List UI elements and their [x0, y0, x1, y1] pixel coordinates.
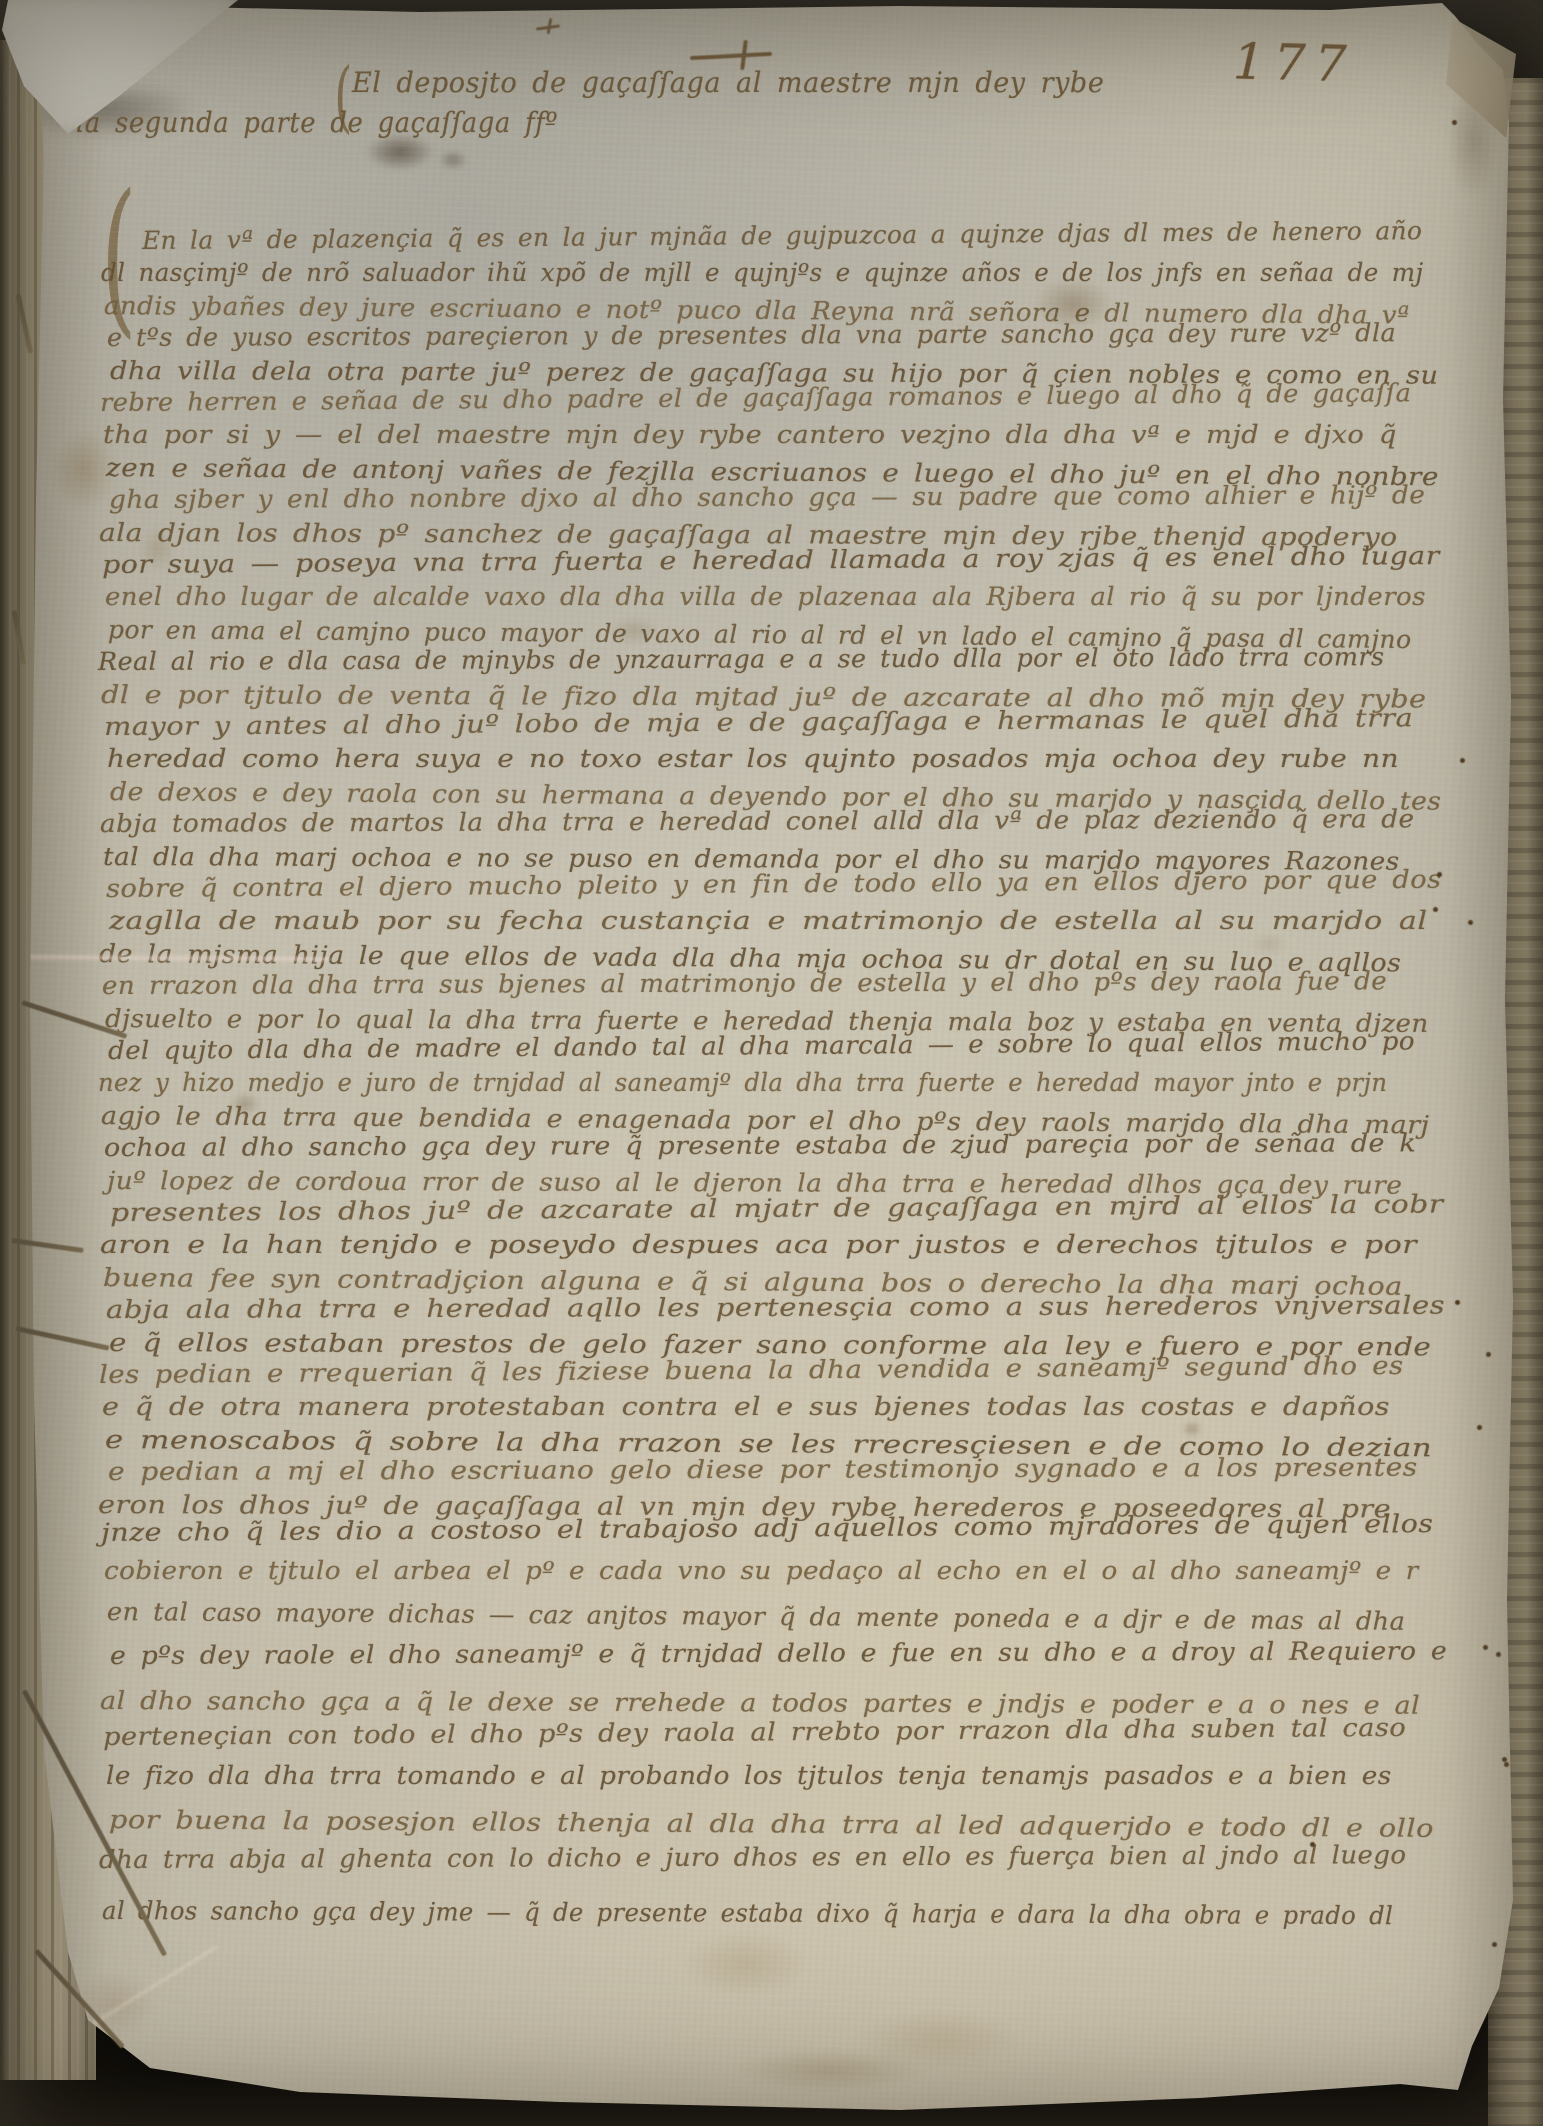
ink-stain: [598, 610, 670, 652]
ink-stain: [700, 2040, 960, 2100]
paper-crease: [72, 1945, 218, 2038]
manuscript-line: presentes los dhos juº de azcarate al mj…: [110, 1198, 1230, 1227]
manuscript-line: al dho sancho gça a q̃ le dexe se rrehed…: [100, 1686, 1319, 1715]
manuscript-line: gha sjber y enl dho nonbre djxo al dho s…: [109, 485, 1352, 514]
ink-stain: [828, 1998, 1053, 2080]
manuscript-line: ochoa al dho sancho gça dey rure q̃ pres…: [104, 1133, 1319, 1162]
ink-dot: [1483, 1645, 1488, 1650]
ink-stain: [38, 412, 130, 527]
manuscript-line: perteneçian con todo el dho pºs dey raol…: [103, 1722, 1298, 1751]
manuscript-line: dha trra abja al ghenta con lo dicho e j…: [99, 1845, 1356, 1874]
manuscript-photo: ( El deposjto de gaçaſſaga al maestre mj…: [0, 0, 1543, 2126]
manuscript-line: tha por si y — el del maestre mjn dey ry…: [103, 420, 1289, 449]
ink-dot: [1502, 1757, 1507, 1762]
ink-stain: [352, 126, 448, 178]
ink-dot: [1486, 1352, 1491, 1357]
header-line-2: la segunda parte de gaçaſſaga ffº: [76, 106, 599, 139]
manuscript-line: dl nasçimjº de nrõ saluador ihũ xpõ de m…: [101, 258, 1446, 287]
manuscript-line: e q̃ ellos estaban prestos de gelo fazer…: [109, 1328, 1234, 1357]
header-line-1: El deposjto de gaçaſſaga al maestre mjn …: [352, 66, 1132, 99]
manuscript-line: aron e la han tenjdo e poseydo despues a…: [100, 1230, 1199, 1259]
ink-stain: [1018, 268, 1128, 340]
manuscript-line: eron los dhos juº de gaçaſſaga al vn mjn…: [98, 1490, 1223, 1519]
ink-dot: [1452, 120, 1457, 125]
manuscript-line: e tºs de yuso escritos pareçieron y de p…: [107, 323, 1371, 352]
ink-dot: [1455, 1300, 1460, 1305]
manuscript-line: por en ama el camjno puco mayor de vaxo …: [108, 615, 1408, 644]
manuscript-line: de la mjsma hija le que ellos de vada dl…: [99, 939, 1312, 968]
manuscript-line: en rrazon dla dha trra sus bjenes al mat…: [102, 971, 1332, 1000]
manuscript-line: por suya — poseya vna trra fuerta e here…: [102, 550, 1275, 579]
manuscript-line: ala djan los dhos pº sanchez de gaçaſſag…: [99, 518, 1253, 547]
manuscript-line: le fizo dla dha trra tomando e al proban…: [106, 1761, 1328, 1790]
manuscript-page: ( El deposjto de gaçaſſaga al maestre mj…: [0, 0, 1543, 2126]
ink-dot: [1492, 1942, 1497, 1947]
manuscript-line: zen e señaa de antonj vañes de fezjlla e…: [106, 453, 1300, 482]
manuscript-line: tal dla dha marj ochoa e no se puso en d…: [103, 842, 1334, 871]
ink-stain: [224, 1088, 266, 1120]
manuscript-line: En la vª de plazençia q̃ es en la jur mj…: [142, 226, 1433, 255]
manuscript-line: jnze cho q̃ les dio a costoso el trabajo…: [101, 1518, 1269, 1547]
manuscript-line: juº lopez de cordoua rror de suso al le …: [107, 1166, 1328, 1195]
manuscript-line: e pºs dey raole el dho saneamjº e q̃ trn…: [110, 1641, 1356, 1670]
manuscript-line: abja ala dha trra e heredad aqllo les pe…: [106, 1295, 1254, 1324]
manuscript-line: enel dho lugar de alcalde vaxo dla dha v…: [105, 582, 1375, 611]
manuscript-line: e pedian a mj el dho escriuano gelo dies…: [108, 1457, 1267, 1486]
ink-stain: [132, 518, 184, 580]
manuscript-line: cobieron e tjtulo el arbea el pº e cada …: [104, 1556, 1355, 1585]
manuscript-line: dl e por tjtulo de venta q̃ le fizo dla …: [101, 680, 1259, 709]
manuscript-line: al dhos sancho gça dey jme — q̃ de prese…: [102, 1896, 1433, 1925]
manuscript-line: por buena la posesjon ellos thenja al dl…: [109, 1805, 1259, 1834]
ink-dot: [1496, 1652, 1501, 1657]
manuscript-line: abja tomados de martos la dha trra e her…: [100, 809, 1352, 838]
ink-dot: [1310, 1842, 1315, 1847]
manuscript-line: andis ybañes dey jure escriuano e notº p…: [104, 291, 1358, 320]
ink-dot: [1468, 920, 1473, 925]
manuscript-line: e q̃ de otra manera protestaban contra e…: [102, 1392, 1224, 1421]
manuscript-line: zaglla de maub por su fecha custançia e …: [109, 906, 1199, 935]
ink-dot: [1504, 1762, 1509, 1767]
manuscript-line: de dexos e dey raola con su hermana a de…: [110, 777, 1356, 806]
ink-dot: [1433, 907, 1438, 912]
ink-stain: [658, 1918, 833, 2010]
manuscript-line: sobre q̃ contra el djero mucho pleito y …: [106, 874, 1330, 903]
ink-stain: [1178, 1418, 1206, 1440]
manuscript-line: dha villa dela otra parte juº perez de g…: [110, 356, 1325, 385]
ink-dot: [1437, 872, 1442, 877]
ink-stain: [1243, 928, 1295, 960]
manuscript-line: Real al rio e dla casa de mjnybs de ynza…: [98, 647, 1362, 676]
paper-crease: [0, 955, 330, 961]
manuscript-line: mayor y antes al dho juº lobo de mja e d…: [104, 712, 1239, 741]
manuscript-line: les pedian e rrequerian q̃ les fiziese b…: [99, 1360, 1278, 1389]
manuscript-line: e menoscabos q̃ sobre la dha rrazon se l…: [105, 1425, 1181, 1454]
paragraph-brace-icon: (: [101, 158, 137, 354]
manuscript-line: del qujto dla dha de madre el dando tal …: [108, 1036, 1360, 1065]
manuscript-line: en tal caso mayore dichas — caz anjtos m…: [107, 1597, 1372, 1626]
folio-number: 177: [1232, 32, 1356, 93]
ink-stain: [432, 146, 474, 174]
manuscript-line: buena fee syn contradjçion alguna e q̃ s…: [103, 1263, 1236, 1292]
ink-stain: [938, 788, 1000, 826]
header-brace-icon: (: [334, 52, 352, 142]
ink-dot: [1460, 758, 1465, 763]
manuscript-line: rebre herren e señaa de su dho padre el …: [100, 388, 1374, 417]
ink-dot: [1477, 1425, 1482, 1430]
manuscript-line: heredad como hera suya e no toxo estar l…: [107, 744, 1263, 773]
manuscript-line: djsuelto e por lo qual la dha trra fuert…: [105, 1004, 1378, 1033]
manuscript-line: nez y hizo medjo e juro de trnjdad al sa…: [98, 1068, 1425, 1097]
manuscript-line: agjo le dha trra que bendida e enagenada…: [101, 1101, 1324, 1130]
